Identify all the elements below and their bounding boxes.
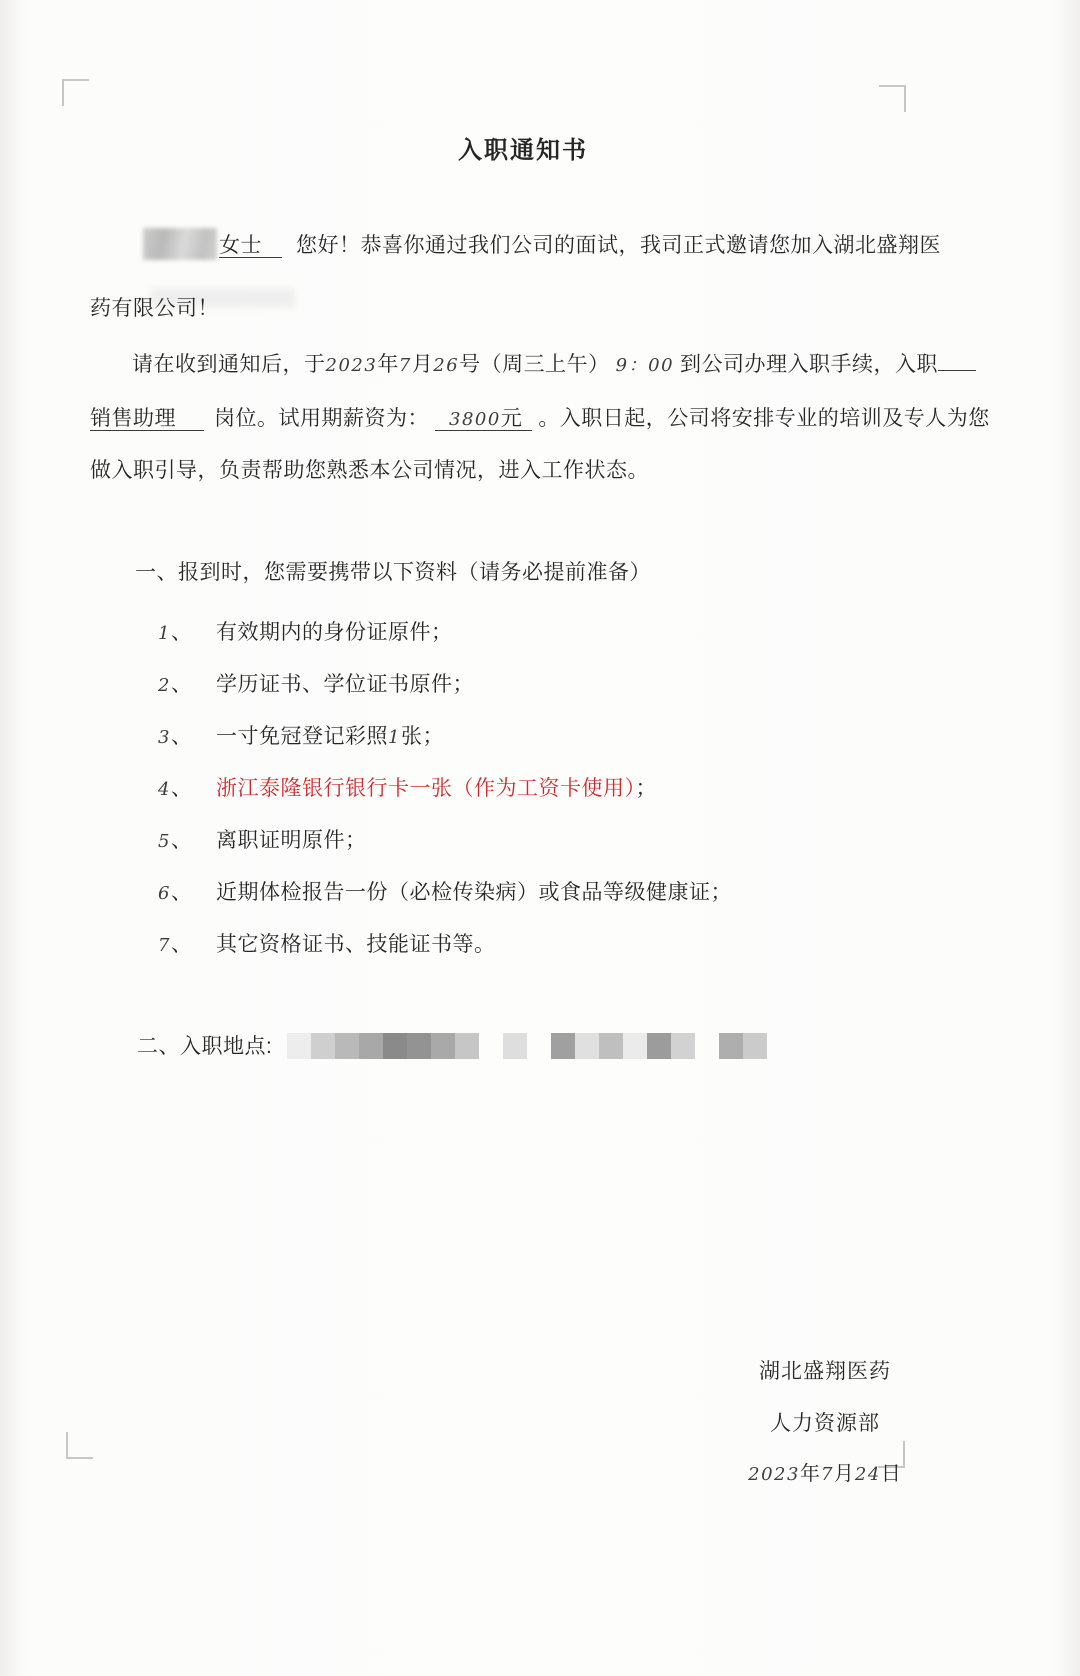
item-number: 7、 [158,928,216,958]
handwritten-salary: 3800 [449,409,501,430]
checklist-item-2: 2、学历证书、学位证书原件； [158,668,474,698]
p2-weekday-text: 号（周三上午） [459,353,610,376]
section1-heading: 一、报到时，您需要携带以下资料（请务必提前准备） [135,556,651,586]
item-number: 4、 [158,772,216,802]
item-text: 其它资格证书、技能证书等。 [216,933,496,956]
onboarding-instruction-line-1: 请在收到通知后，于2023年7月26号（周三上午）9：00到公司办理入职手续，入… [132,348,976,378]
p2-rest-text: 。入职日起，公司将安排专业的培训及专人为您 [538,407,990,430]
p2-month-char: 月 [412,353,434,376]
item-number: 5、 [158,824,216,854]
page-title: 入职通知书 [0,130,1046,165]
p2-intro: 请在收到通知后，于 [132,353,326,376]
blank-underline [938,350,976,371]
salutation: 女士 [219,234,282,258]
item-text: 近期体检报告一份（必检传染病）或食品等级健康证； [216,881,732,904]
item-text: 一寸免冠登记彩照1张； [216,725,444,748]
greeting-line-2: 药有限公司！ [90,292,219,322]
item-number: 2、 [158,668,216,698]
checklist-item-1: 1、有效期内的身份证原件； [158,616,453,646]
checklist-item-6: 6、近期体检报告一份（必检传染病）或食品等级健康证； [158,876,732,906]
footer-company: 湖北盛翔医药 [630,1355,1020,1385]
item-number: 3、 [158,720,216,750]
handwritten-footer-month: 7 [821,1464,834,1485]
corner-mark-top-right [879,85,906,112]
position-filled-value: 销售助理 [90,407,204,431]
salary-unit: 元 [501,407,523,430]
handwritten-month: 7 [399,355,412,376]
section2-line: 二、入职地点: [137,1030,767,1060]
handwritten-footer-year: 2023 [748,1464,800,1485]
footer-date: 2023年7月24日 [630,1457,1020,1486]
handwritten-footer-day: 24 [855,1464,881,1485]
p2-year-char: 年 [377,353,399,376]
item-text: 有效期内的身份证原件； [216,621,453,644]
checklist-item-7: 7、其它资格证书、技能证书等。 [158,928,496,958]
item-number: 6、 [158,876,216,906]
handwritten-day: 26 [433,355,459,376]
address-redaction [287,1035,767,1058]
redacted-name-block [143,228,217,260]
item-number: 1、 [158,616,216,646]
greeting-text: 您好！恭喜你通过我们公司的面试，我司正式邀请您加入湖北盛翔医 [296,234,941,257]
item-text: 浙江泰隆银行银行卡一张（作为工资卡使用）； [216,777,657,800]
offer-letter-document: 入职通知书 女士您好！恭喜你通过我们公司的面试，我司正式邀请您加入湖北盛翔医 药… [0,0,1080,1676]
p2-after-time: 到公司办理入职手续，入职 [680,353,938,376]
onboarding-instruction-line-3: 做入职引导，负责帮助您熟悉本公司情况，进入工作状态。 [90,454,649,484]
handwritten-year: 2023 [326,355,378,376]
checklist-item-3: 3、一寸免冠登记彩照1张； [158,720,444,750]
onboarding-instruction-line-2: 销售助理岗位。试用期薪资为：3800元。入职日起，公司将安排专业的培训及专人为您 [90,402,990,432]
footer-department: 人力资源部 [630,1407,1020,1437]
salary-filled-value: 3800元 [435,407,532,431]
checklist-item-5: 5、离职证明原件； [158,824,367,854]
corner-mark-bottom-left [66,1432,93,1459]
handwritten-time: 9：00 [616,355,674,376]
footer-year-char: 年 [800,1463,821,1485]
checklist-item-4: 4、浙江泰隆银行银行卡一张（作为工资卡使用）； [158,772,657,802]
item-text: 离职证明原件； [216,829,367,852]
footer-day-char: 日 [881,1463,902,1485]
greeting-line-1: 女士您好！恭喜你通过我们公司的面试，我司正式邀请您加入湖北盛翔医 [143,228,941,260]
item-text: 学历证书、学位证书原件； [216,673,474,696]
footer-month-char: 月 [834,1463,855,1485]
section2-label: 二、入职地点: [137,1035,272,1058]
corner-mark-top-left [62,79,89,106]
p2-post-text: 岗位。试用期薪资为： [214,407,429,430]
